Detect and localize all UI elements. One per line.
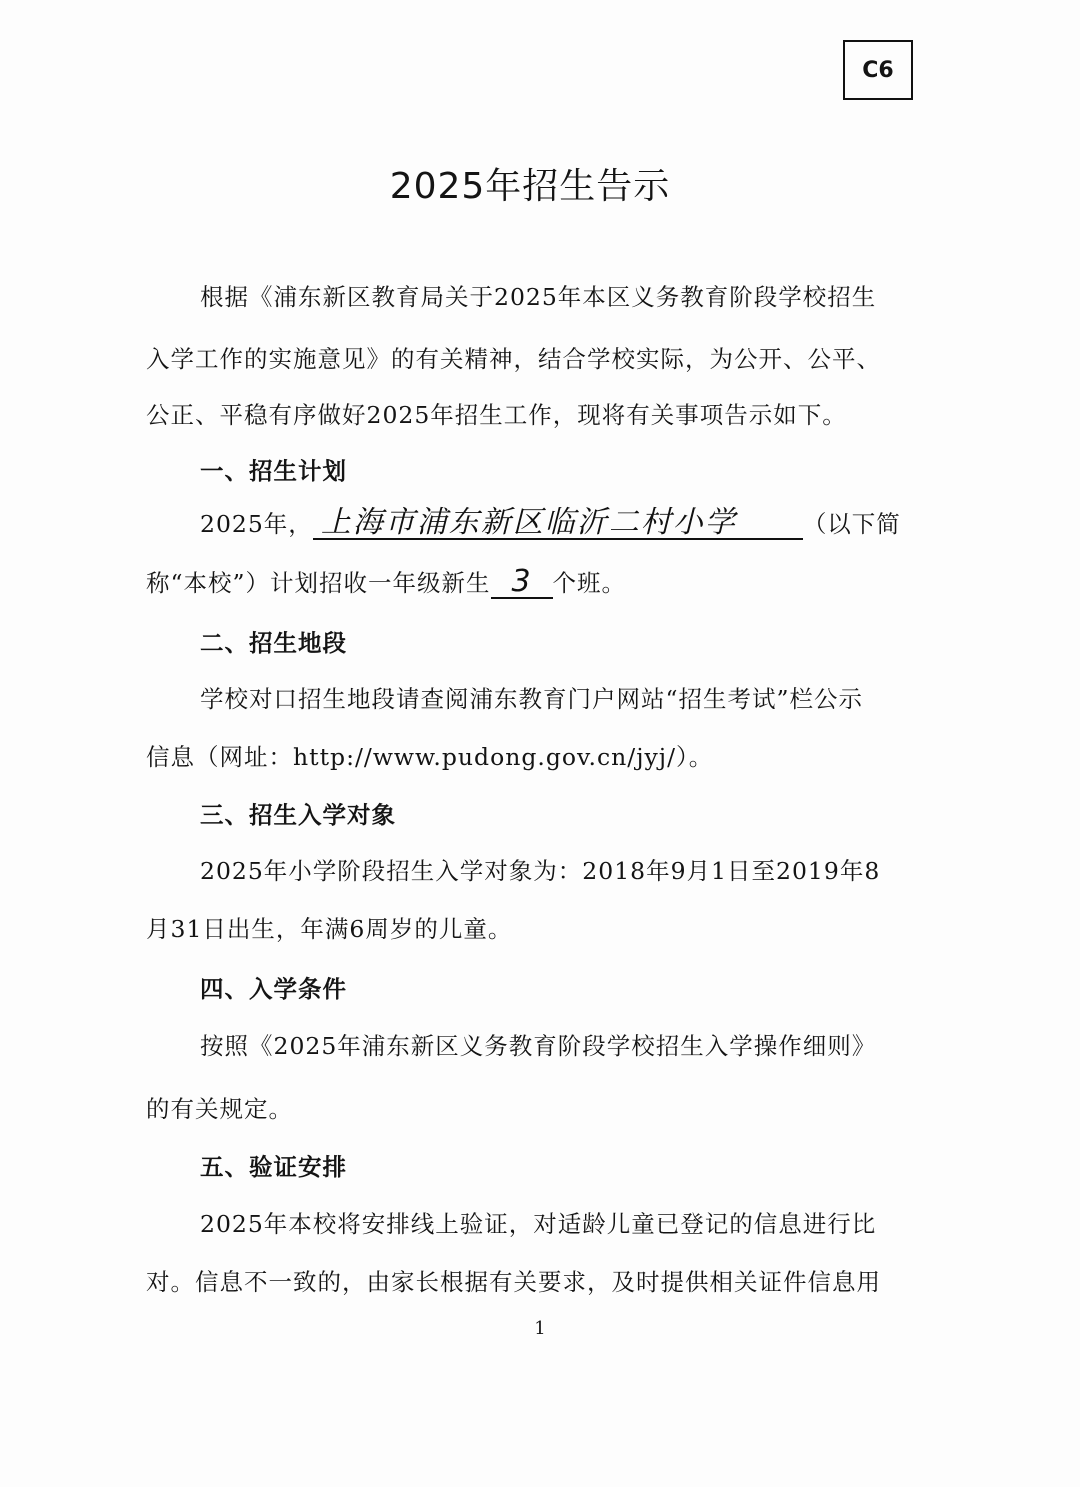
page-title: 2025年招生告示 [0, 158, 1060, 209]
section-heading-plan: 一、招生计划 [200, 452, 916, 486]
target-line-1: 2025年小学阶段招生入学对象为：2018年9月1日至2019年8 [200, 852, 916, 886]
plan-line-2: 称“本校”）计划招收一年级新生3个班。 [146, 564, 916, 599]
plan-line-1-suffix: （以下简 [803, 510, 901, 538]
area-line-1: 学校对口招生地段请查阅浦东教育门户网站“招生考试”栏公示 [200, 680, 916, 714]
school-name-field: 上海市浦东新区临沂二村小学 [313, 508, 803, 540]
target-line-2: 月31日出生，年满6周岁的儿童。 [146, 910, 916, 944]
class-count-field: 3 [491, 567, 553, 599]
intro-line-1: 根据《浦东新区教育局关于2025年本区义务教育阶段学校招生 [200, 278, 916, 312]
plan-line-2-prefix: 称“本校”）计划招收一年级新生 [146, 569, 491, 597]
section-heading-verification: 五、验证安排 [200, 1148, 916, 1182]
section-heading-conditions: 四、入学条件 [200, 970, 916, 1004]
conditions-line-1: 按照《2025年浦东新区义务教育阶段学校招生入学操作细则》 [200, 1027, 916, 1061]
plan-line-1: 2025年，上海市浦东新区临沂二村小学（以下简 [200, 505, 916, 540]
intro-line-3: 公正、平稳有序做好2025年招生工作，现将有关事项告示如下。 [146, 396, 916, 430]
area-line-2: 信息（网址：http://www.pudong.gov.cn/jyj/）。 [146, 738, 916, 772]
plan-line-2-suffix: 个班。 [553, 569, 627, 597]
document-code-box: C6 [843, 40, 913, 100]
verification-line-2: 对。信息不一致的，由家长根据有关要求，及时提供相关证件信息用 [146, 1263, 916, 1297]
intro-line-2: 入学工作的实施意见》的有关精神，结合学校实际，为公开、公平、 [146, 340, 916, 374]
section-heading-target: 三、招生入学对象 [200, 796, 916, 830]
verification-line-1: 2025年本校将安排线上验证，对适龄儿童已登记的信息进行比 [200, 1205, 916, 1239]
section-heading-area: 二、招生地段 [200, 624, 916, 658]
document-code: C6 [862, 58, 893, 83]
plan-line-1-prefix: 2025年， [200, 510, 313, 538]
conditions-line-2: 的有关规定。 [146, 1090, 916, 1124]
page-number: 1 [0, 1318, 1080, 1339]
